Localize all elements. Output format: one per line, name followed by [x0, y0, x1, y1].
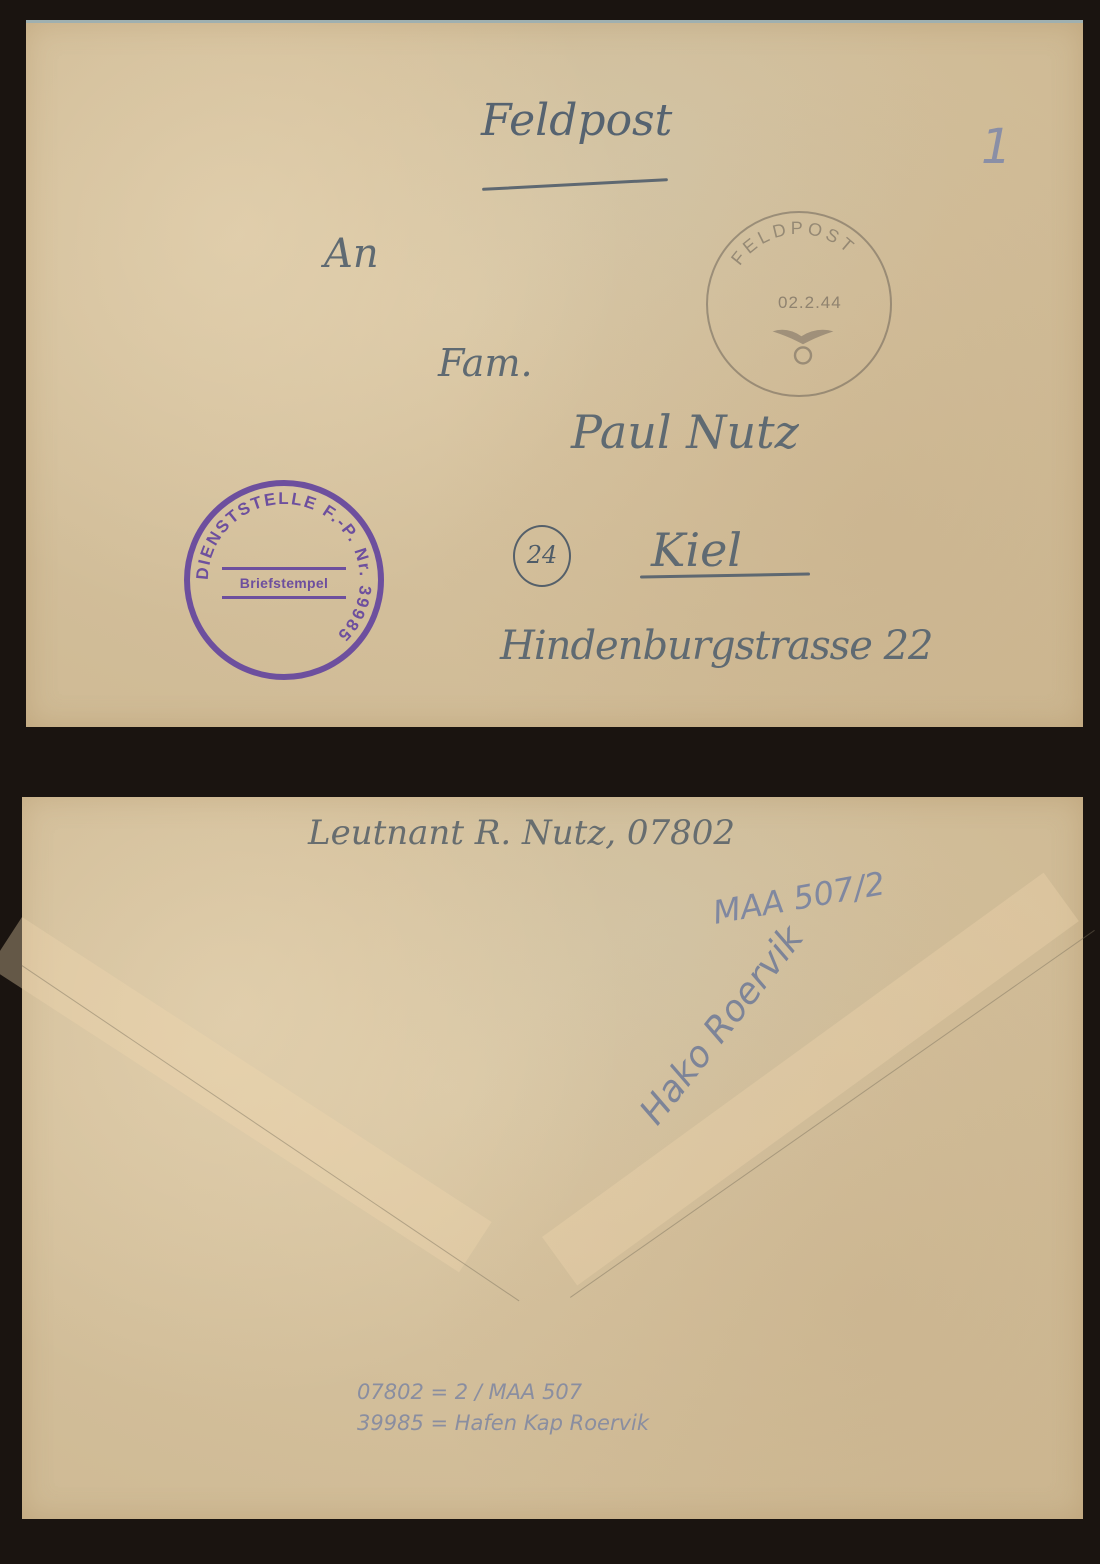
recipient-name: Paul Nutz: [571, 405, 799, 459]
feldpost-label: Feldpost: [481, 95, 672, 146]
note-line-1: 07802 = 2 / MAA 507: [357, 1380, 582, 1404]
envelope-front: Feldpost 1 An Fam. Paul Nutz 24 Kiel Hin…: [26, 20, 1083, 727]
salutation: An: [324, 231, 379, 277]
street-address: Hindenburgstrasse 22: [500, 623, 932, 669]
postal-district: 24: [513, 525, 571, 587]
feldpost-postmark: FELDPOST 02.2.44: [706, 211, 892, 397]
eagle-emblem-icon: [763, 325, 843, 365]
city: Kiel: [651, 523, 742, 577]
svg-text:FELDPOST: FELDPOST: [727, 218, 860, 269]
envelope-back: Leutnant R. Nutz, 07802 MAA 507/2 Hako R…: [22, 797, 1083, 1519]
corner-number: 1: [981, 119, 1012, 175]
sender-line: Leutnant R. Nutz, 07802: [308, 813, 735, 853]
postmark-date: 02.2.44: [778, 293, 842, 313]
unit-stamp-center: Briefstempel: [222, 567, 346, 599]
recipient-prefix: Fam.: [438, 341, 533, 385]
note-line-2: 39985 = Hafen Kap Roervik: [357, 1411, 649, 1435]
unit-stamp: DIENSTSTELLE F.-P. Nr. 39985 Briefstempe…: [184, 480, 384, 680]
